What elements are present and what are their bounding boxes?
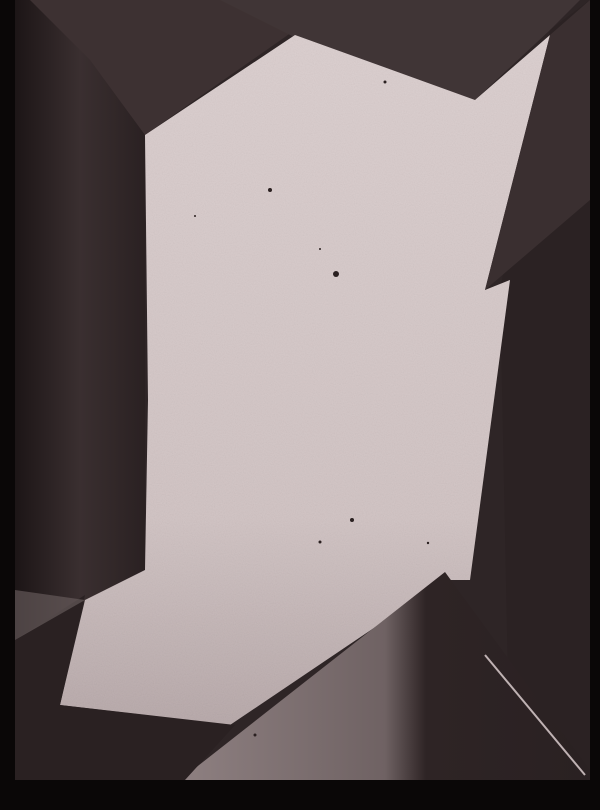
- collage-photo: [0, 0, 600, 810]
- collage-artwork: [0, 0, 600, 810]
